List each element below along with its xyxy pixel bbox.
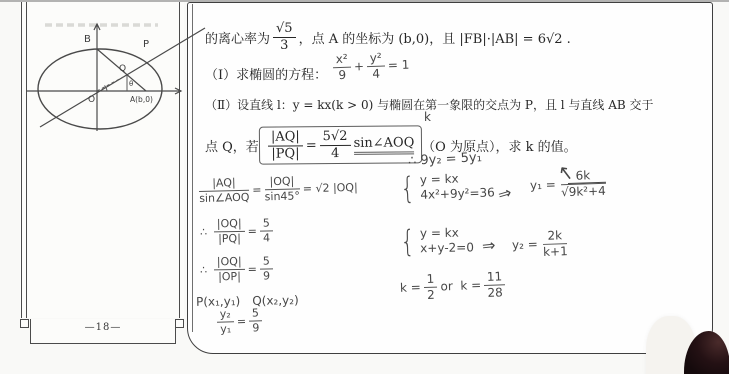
y-denominator: 4 [367, 66, 385, 80]
equals: = [248, 262, 257, 275]
AQ-PQ-fraction: |AQ| |PQ| [268, 130, 303, 161]
work-system-2: { y = kx x+y-2=0 [398, 225, 474, 256]
sqrt2-OQ: = √2 |OQ| [303, 180, 358, 194]
eleven: 11 [484, 270, 506, 285]
figure-label-B: B [84, 34, 91, 45]
coefficient-numerator: 5√2 [319, 130, 350, 146]
work-final-answer: k = 1 2 or k = 11 28 [400, 270, 509, 302]
OQ-over-PQ: |OQ| |PQ| [214, 218, 245, 245]
y2: y₂ [217, 308, 234, 322]
lecture-frame: —18— B P Q O A(b,0) θ 的离心率为 √5 3 ，点 A 的坐… [0, 0, 729, 374]
AQ-numerator: |AQ| [268, 130, 303, 146]
problem-part1-label: （Ⅰ）求椭圆的方程： [205, 64, 327, 83]
brace: { [400, 228, 415, 255]
y2-over-y1: y₂ y₁ [217, 308, 235, 335]
OQ: |OQ| [214, 218, 245, 232]
equals: = [252, 183, 262, 196]
line1-pre-text: 的离心率为 [205, 28, 270, 47]
AQ: |AQ| [199, 177, 250, 192]
handwritten-ellipse-equation: x² 9 + y² 4 = 1 [330, 51, 410, 82]
OQ: |OQ| [214, 256, 245, 270]
ellipse-figure: B P Q O A(b,0) θ [20, 8, 220, 148]
AQ-over-sinAOQ: |AQ| sin∠AOQ [199, 177, 250, 204]
equals-sign: = [306, 138, 317, 153]
five-ninths: 5 9 [260, 255, 273, 281]
sqrt-9k2-plus-4: √9k²+4 [561, 183, 606, 198]
sin-AOQ-term: sin∠AOQ [353, 135, 414, 155]
brace: { [400, 175, 415, 202]
segment-OQ-dashed [97, 75, 127, 91]
OQ-over-OP: |OQ| |OP| [214, 256, 245, 283]
PQ-denominator: |PQ| [268, 146, 303, 161]
figure-label-P: P [143, 39, 149, 50]
figure-label-O: O [88, 95, 95, 105]
five: 5 [249, 307, 262, 321]
line4-pre-text: 点 Q，若 [205, 136, 259, 155]
system-2: { y = kx x+y-2=0 [398, 225, 474, 256]
problem-line-4: 点 Q，若 |AQ| |PQ| = 5√2 4 sin∠AOQ （O 为原点），… [205, 126, 577, 164]
work-OQ-OP-ratio: ∴ |OQ| |OP| = 5 9 [200, 255, 276, 282]
two: 2 [424, 287, 438, 301]
plus-sign: + [354, 59, 365, 73]
ellipse-equation: 4x²+9y²=36 [420, 185, 495, 203]
five-fourths: 5 4 [260, 217, 273, 243]
y-squared: y² [366, 51, 384, 66]
eccentricity-fraction: √5 3 [273, 22, 296, 52]
problem-part2-line: （Ⅱ）设直线 l：y = kx(k > 0) 与椭圆在第一象限的交点为 P，且 … [205, 96, 708, 113]
work-y2-result: y₂ = 2k k+1 [512, 229, 571, 259]
coefficient-denominator: 4 [320, 146, 351, 161]
handwritten-emphasis-box: |AQ| |PQ| = 5√2 4 sin∠AOQ [259, 125, 423, 165]
figure-label-theta: θ [129, 80, 133, 88]
page-corner-mark-right [175, 319, 184, 328]
twentyeight: 28 [484, 285, 506, 299]
page-corner-mark-left [20, 319, 29, 328]
five: 5 [260, 217, 273, 231]
x-squared-fraction: x² 9 [333, 53, 352, 82]
or-k-equals: or k = [440, 278, 481, 293]
x-squared: x² [333, 53, 351, 68]
line1-post-text: ，点 A 的坐标为 (b,0)，且 |FB|·|AB| = 6√2 . [299, 28, 571, 47]
line-equation: y = kx [420, 225, 474, 241]
figure-label-A: A(b,0) [130, 95, 153, 104]
equals: = [237, 314, 247, 327]
therefore-sign: ∴ [200, 225, 207, 238]
therefore-sign: ∴ [200, 263, 207, 276]
y1: y₁ [217, 322, 234, 335]
figure-label-Q: Q [119, 64, 126, 74]
equals-one: = 1 [388, 58, 410, 73]
system-1: { y = kx 4x²+9y²=36 [398, 170, 496, 203]
OQ-over-sin45: |OQ| sin45° [264, 175, 300, 202]
radicand: 9k²+4 [568, 181, 606, 198]
one: 1 [423, 273, 437, 288]
eccentricity-numerator: √5 [273, 22, 296, 38]
work-system-1: { y = kx 4x²+9y²=36 [398, 170, 496, 203]
work-y1-result: y₁ = 6k √9k²+4 [530, 169, 609, 200]
implies-arrow-2: ⇒ [481, 235, 496, 255]
y2-equals: y₂ = [512, 237, 538, 252]
y-squared-fraction: y² 4 [366, 51, 385, 80]
y1-fraction: 6k √9k²+4 [560, 169, 606, 199]
eleven-twentyeighths: 11 28 [484, 270, 506, 299]
one-half: 1 2 [423, 273, 438, 302]
eccentricity-denominator: 3 [273, 38, 296, 53]
OP: |OP| [214, 269, 245, 282]
page-number: —18— [85, 322, 122, 333]
four: 4 [260, 231, 273, 244]
y2-fraction: 2k k+1 [542, 229, 568, 258]
x-denominator: 9 [333, 67, 351, 81]
coefficient-fraction: 5√2 4 [319, 130, 350, 161]
work-OQ-PQ-ratio: ∴ |OQ| |PQ| = 5 4 [200, 217, 276, 244]
equals: = [248, 224, 257, 237]
work-y-ratio: y₂ y₁ = 5 9 [214, 307, 266, 335]
sin45: sin45° [265, 189, 301, 202]
OQ: |OQ| [264, 175, 300, 189]
five: 5 [260, 255, 273, 269]
handwritten-k-note: k [424, 110, 431, 124]
line-AB-equation: x+y-2=0 [420, 240, 474, 256]
k-equals: k = [400, 280, 421, 295]
problem-line-1: 的离心率为 √5 3 ，点 A 的坐标为 (b,0)，且 |FB|·|AB| =… [205, 22, 571, 52]
y1-equals: y₁ = [530, 178, 556, 193]
PQ: |PQ| [214, 231, 245, 244]
five-ninths: 5 9 [249, 307, 263, 334]
page-footer: —18— [30, 319, 176, 344]
nine: 9 [249, 321, 262, 334]
work-law-of-sines: |AQ| sin∠AOQ = |OQ| sin45° = √2 |OQ| [196, 174, 358, 204]
k-plus-1: k+1 [543, 244, 568, 258]
nine: 9 [260, 269, 273, 282]
two-k: 2k [542, 229, 567, 244]
sin-AOQ: sin∠AOQ [199, 190, 250, 204]
